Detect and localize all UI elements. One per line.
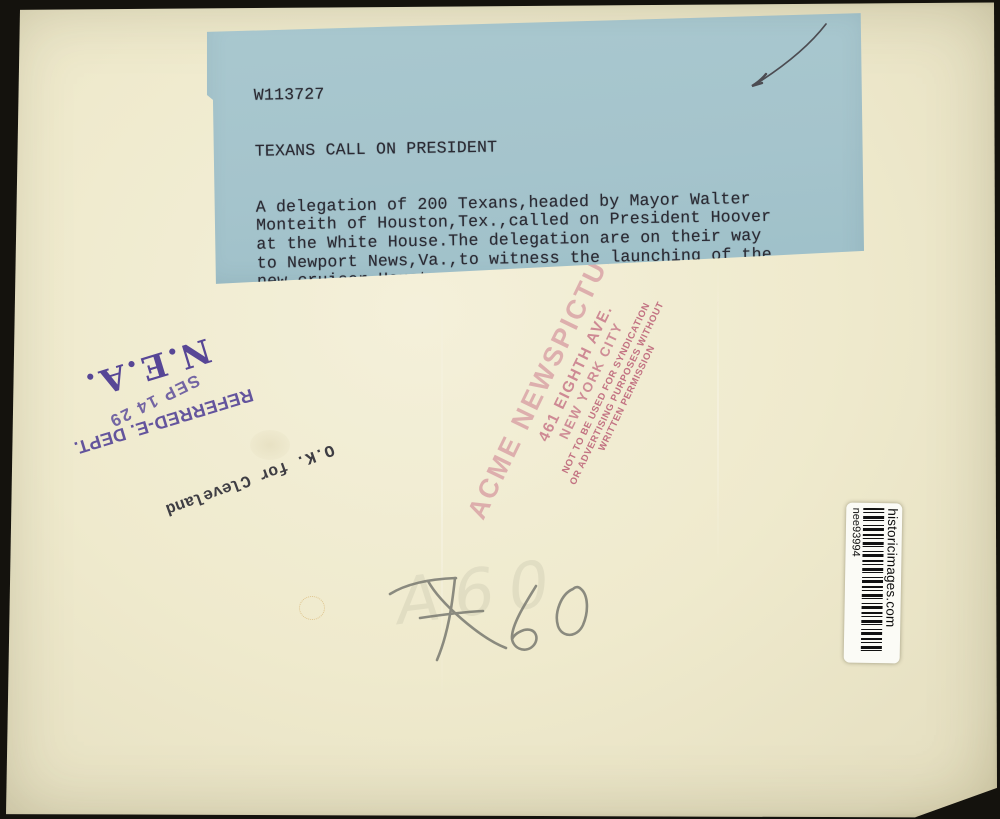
- smudge-mark: [250, 430, 290, 460]
- caption-id-number: W113727: [254, 77, 800, 105]
- sticker-website: historicimages.com: [883, 508, 901, 658]
- nea-referral-stamp: REFERRED-E. DEPT. SEP 14 29 N.E.A.: [31, 316, 278, 465]
- archive-barcode-sticker: historicimages.com nee93994: [844, 503, 903, 664]
- barcode: [861, 508, 885, 654]
- caption-body: A delegation of 200 Texans,headed by May…: [256, 189, 803, 291]
- caption-headline: TEXANS CALL ON PRESIDENT: [255, 133, 801, 161]
- scanned-photo-back: ACME NEWSPICTURES 461 EIGHTH AVE. NEW YO…: [0, 0, 1000, 819]
- photo-back-paper: ACME NEWSPICTURES 461 EIGHTH AVE. NEW YO…: [0, 0, 1000, 819]
- pencil-annotation-a60: A60: [388, 548, 618, 678]
- typed-caption-label: W113727 TEXANS CALL ON PRESIDENT A deleg…: [202, 12, 866, 285]
- ring-stain: [299, 596, 325, 620]
- paper-crease: [717, 262, 719, 572]
